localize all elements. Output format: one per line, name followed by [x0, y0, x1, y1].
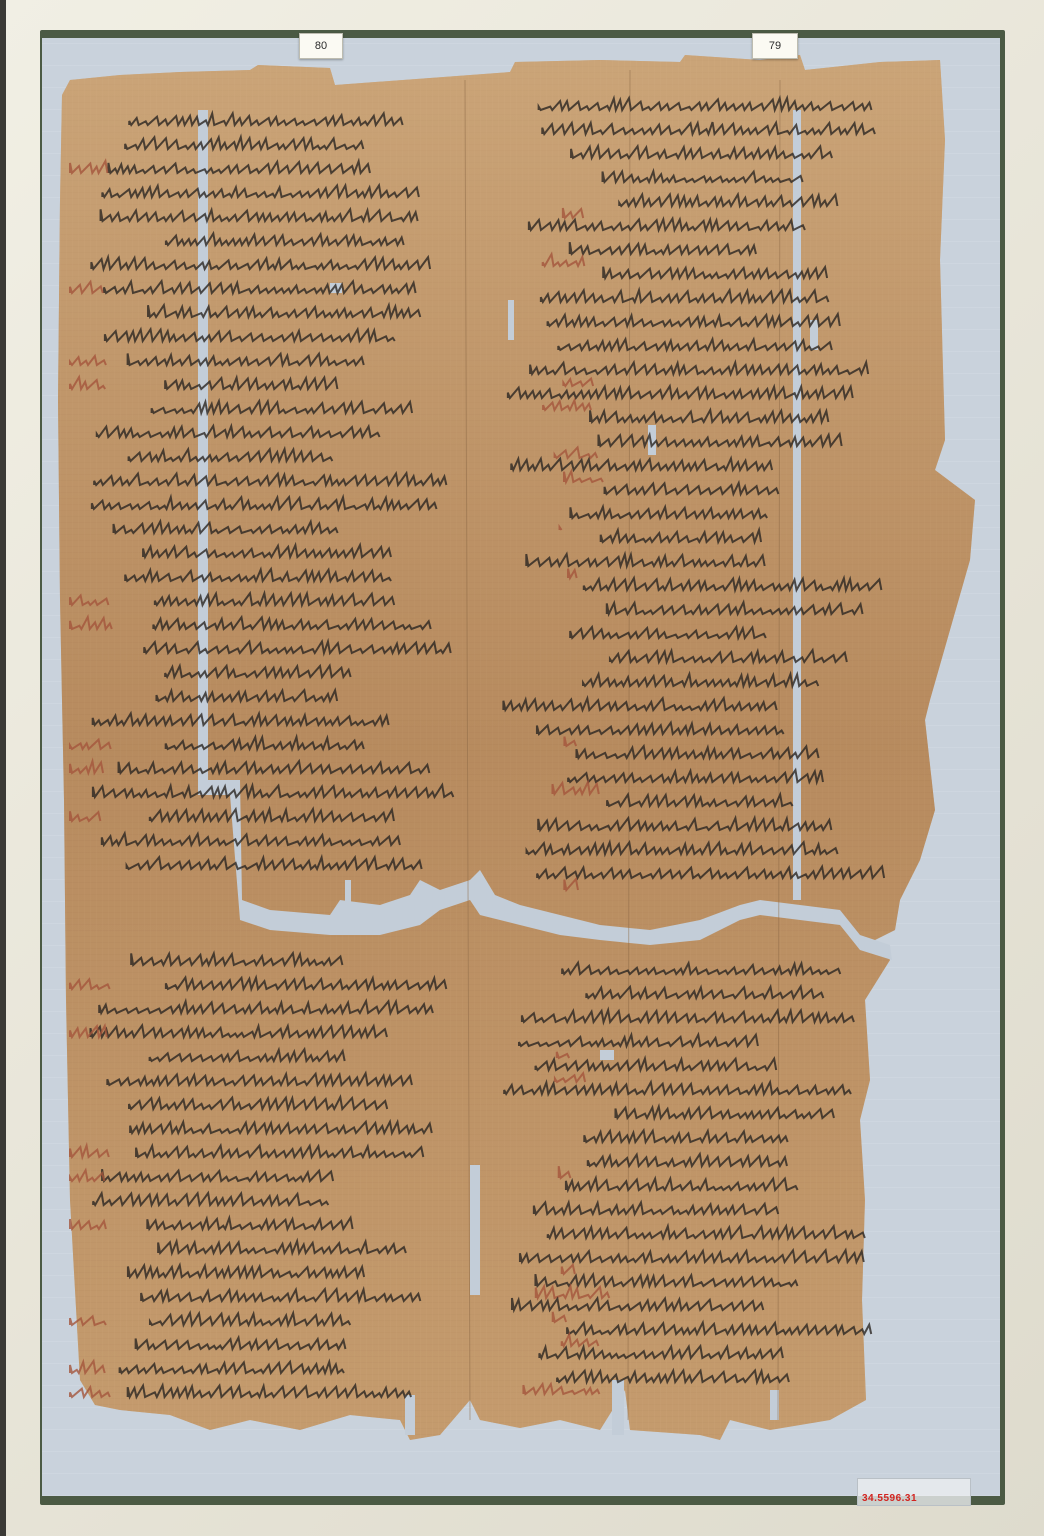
sheet-label-left: 80 [299, 33, 343, 59]
papyrus-manuscript [0, 0, 1044, 1536]
sheet-label-right: 79 [752, 33, 798, 59]
inventory-number: 34.5596.31 [862, 1493, 917, 1504]
